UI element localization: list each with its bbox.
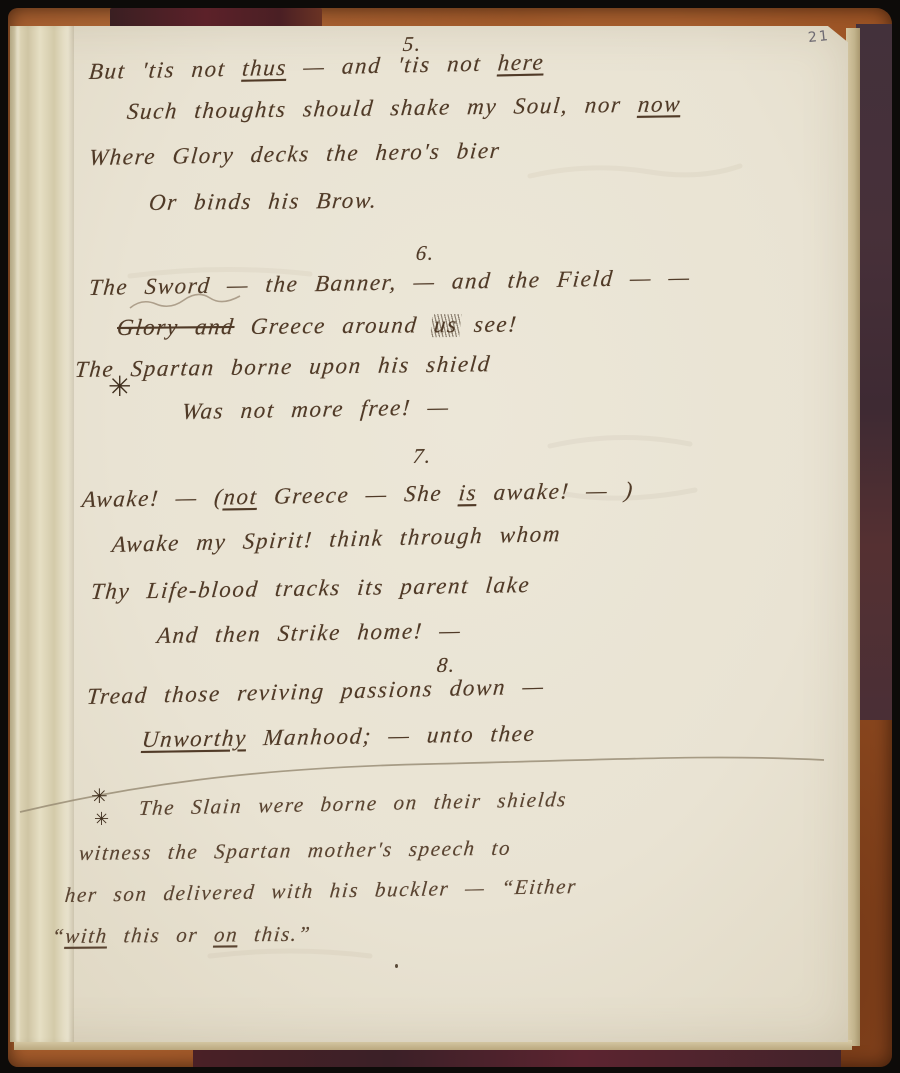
text-segment: thus — [241, 55, 288, 81]
poem-line: Awake! — (not Greece — She is awake! — ) — [81, 478, 635, 511]
poem-line: But 'tis not thus — and 'tis not here — [88, 50, 545, 83]
text-segment: Unworthy — [141, 725, 248, 752]
footnote-line: witness the Spartan mother's speech to — [78, 838, 512, 864]
text-segment: Where Glory decks the hero's bier — [88, 138, 502, 170]
text-segment: awake! — ) — [476, 477, 635, 505]
poem-line: The Sword — the Banner, — and the Field … — [88, 266, 692, 299]
text-segment: not — [222, 484, 258, 510]
poem-line: Such thoughts should shake my Soul, nor … — [126, 92, 682, 123]
poem-line: Was not more free! — — [181, 395, 451, 423]
text-segment: Greece around — [233, 312, 435, 339]
asterisk-mark: ✳ — [94, 809, 109, 830]
poem-line: Unworthy Manhood; — unto thee — [141, 722, 537, 751]
text-segment: on — [213, 922, 240, 946]
text-segment: The Spartan borne upon his shield — [74, 351, 492, 382]
leather-band-right — [856, 24, 892, 720]
poem-line: Tread those reviving passions down — — [86, 675, 546, 708]
text-segment: Greece — She — [257, 480, 460, 508]
folio-number: 21 — [807, 28, 830, 46]
text-segment: Was not more free! — — [181, 394, 451, 424]
text-segment: Awake! — ( — [81, 485, 225, 512]
stanza-number: 6. — [415, 243, 436, 264]
poem-line: And then Strike home! — — [156, 619, 463, 647]
text-segment: this or — [107, 923, 216, 948]
text-segment: her son delivered with his buckler — “Ei… — [64, 874, 578, 907]
footnote-line: The Slain were borne on their shields — [138, 789, 568, 819]
poem-line: Thy Life-blood tracks its parent lake — [90, 573, 531, 603]
text-segment: with — [64, 924, 109, 948]
text-segment: Manhood; — unto thee — [246, 721, 537, 751]
text-segment: And then Strike home! — — [156, 618, 463, 648]
poem-line: Awake my Spirit! think through whom — [111, 522, 562, 556]
asterisk-mark: ✳ — [91, 784, 108, 809]
text-segment: Thy Life-blood tracks its parent lake — [90, 572, 532, 604]
ink-dot — [395, 964, 398, 968]
page-block-edge-right — [846, 28, 860, 1046]
text-segment: The Sword — the Banner, — and the Field … — [88, 265, 692, 300]
text-segment: witness the Spartan mother's speech to — [78, 836, 512, 865]
manuscript-page: 21 5. But 'tis not thus — and 'tis not h… — [10, 26, 848, 1042]
text-segment: Such thoughts should shake my Soul, nor — [126, 92, 639, 124]
text-segment: see! — [457, 312, 519, 338]
text-segment: this.” — [237, 922, 312, 947]
text-segment: is — [458, 480, 479, 505]
stanza-number: 7. — [412, 446, 433, 467]
asterisk-mark: ✳ — [108, 370, 131, 404]
footnote-line: her son delivered with his buckler — “Ei… — [64, 876, 578, 906]
poem-line: Where Glory decks the hero's bier — [88, 139, 502, 169]
poem-line: The Spartan borne upon his shield — [74, 352, 492, 381]
text-segment: Tread those reviving passions down — — [86, 674, 546, 709]
footnote-line: “with this or on this.” — [51, 924, 312, 947]
text-segment: Awake my Spirit! think through whom — [111, 521, 562, 557]
poem-line: Glory and Greece around us see! — [116, 313, 519, 339]
text-segment: here — [497, 49, 546, 75]
text-segment: But 'tis not — [88, 56, 243, 84]
stanza-number: 8. — [436, 655, 457, 676]
poem-line: Or binds his Brow. — [148, 189, 379, 214]
text-segment: — and 'tis not — [286, 50, 499, 79]
text-segment: The Slain were borne on their shields — [138, 787, 568, 820]
text-segment: now — [637, 91, 682, 117]
text-segment: Or binds his Brow. — [148, 188, 379, 215]
overwritten-text-segment: us — [433, 312, 459, 337]
struck-text-segment: Glory and — [116, 314, 236, 340]
manuscript-photo: 21 5. But 'tis not thus — and 'tis not h… — [0, 0, 900, 1073]
